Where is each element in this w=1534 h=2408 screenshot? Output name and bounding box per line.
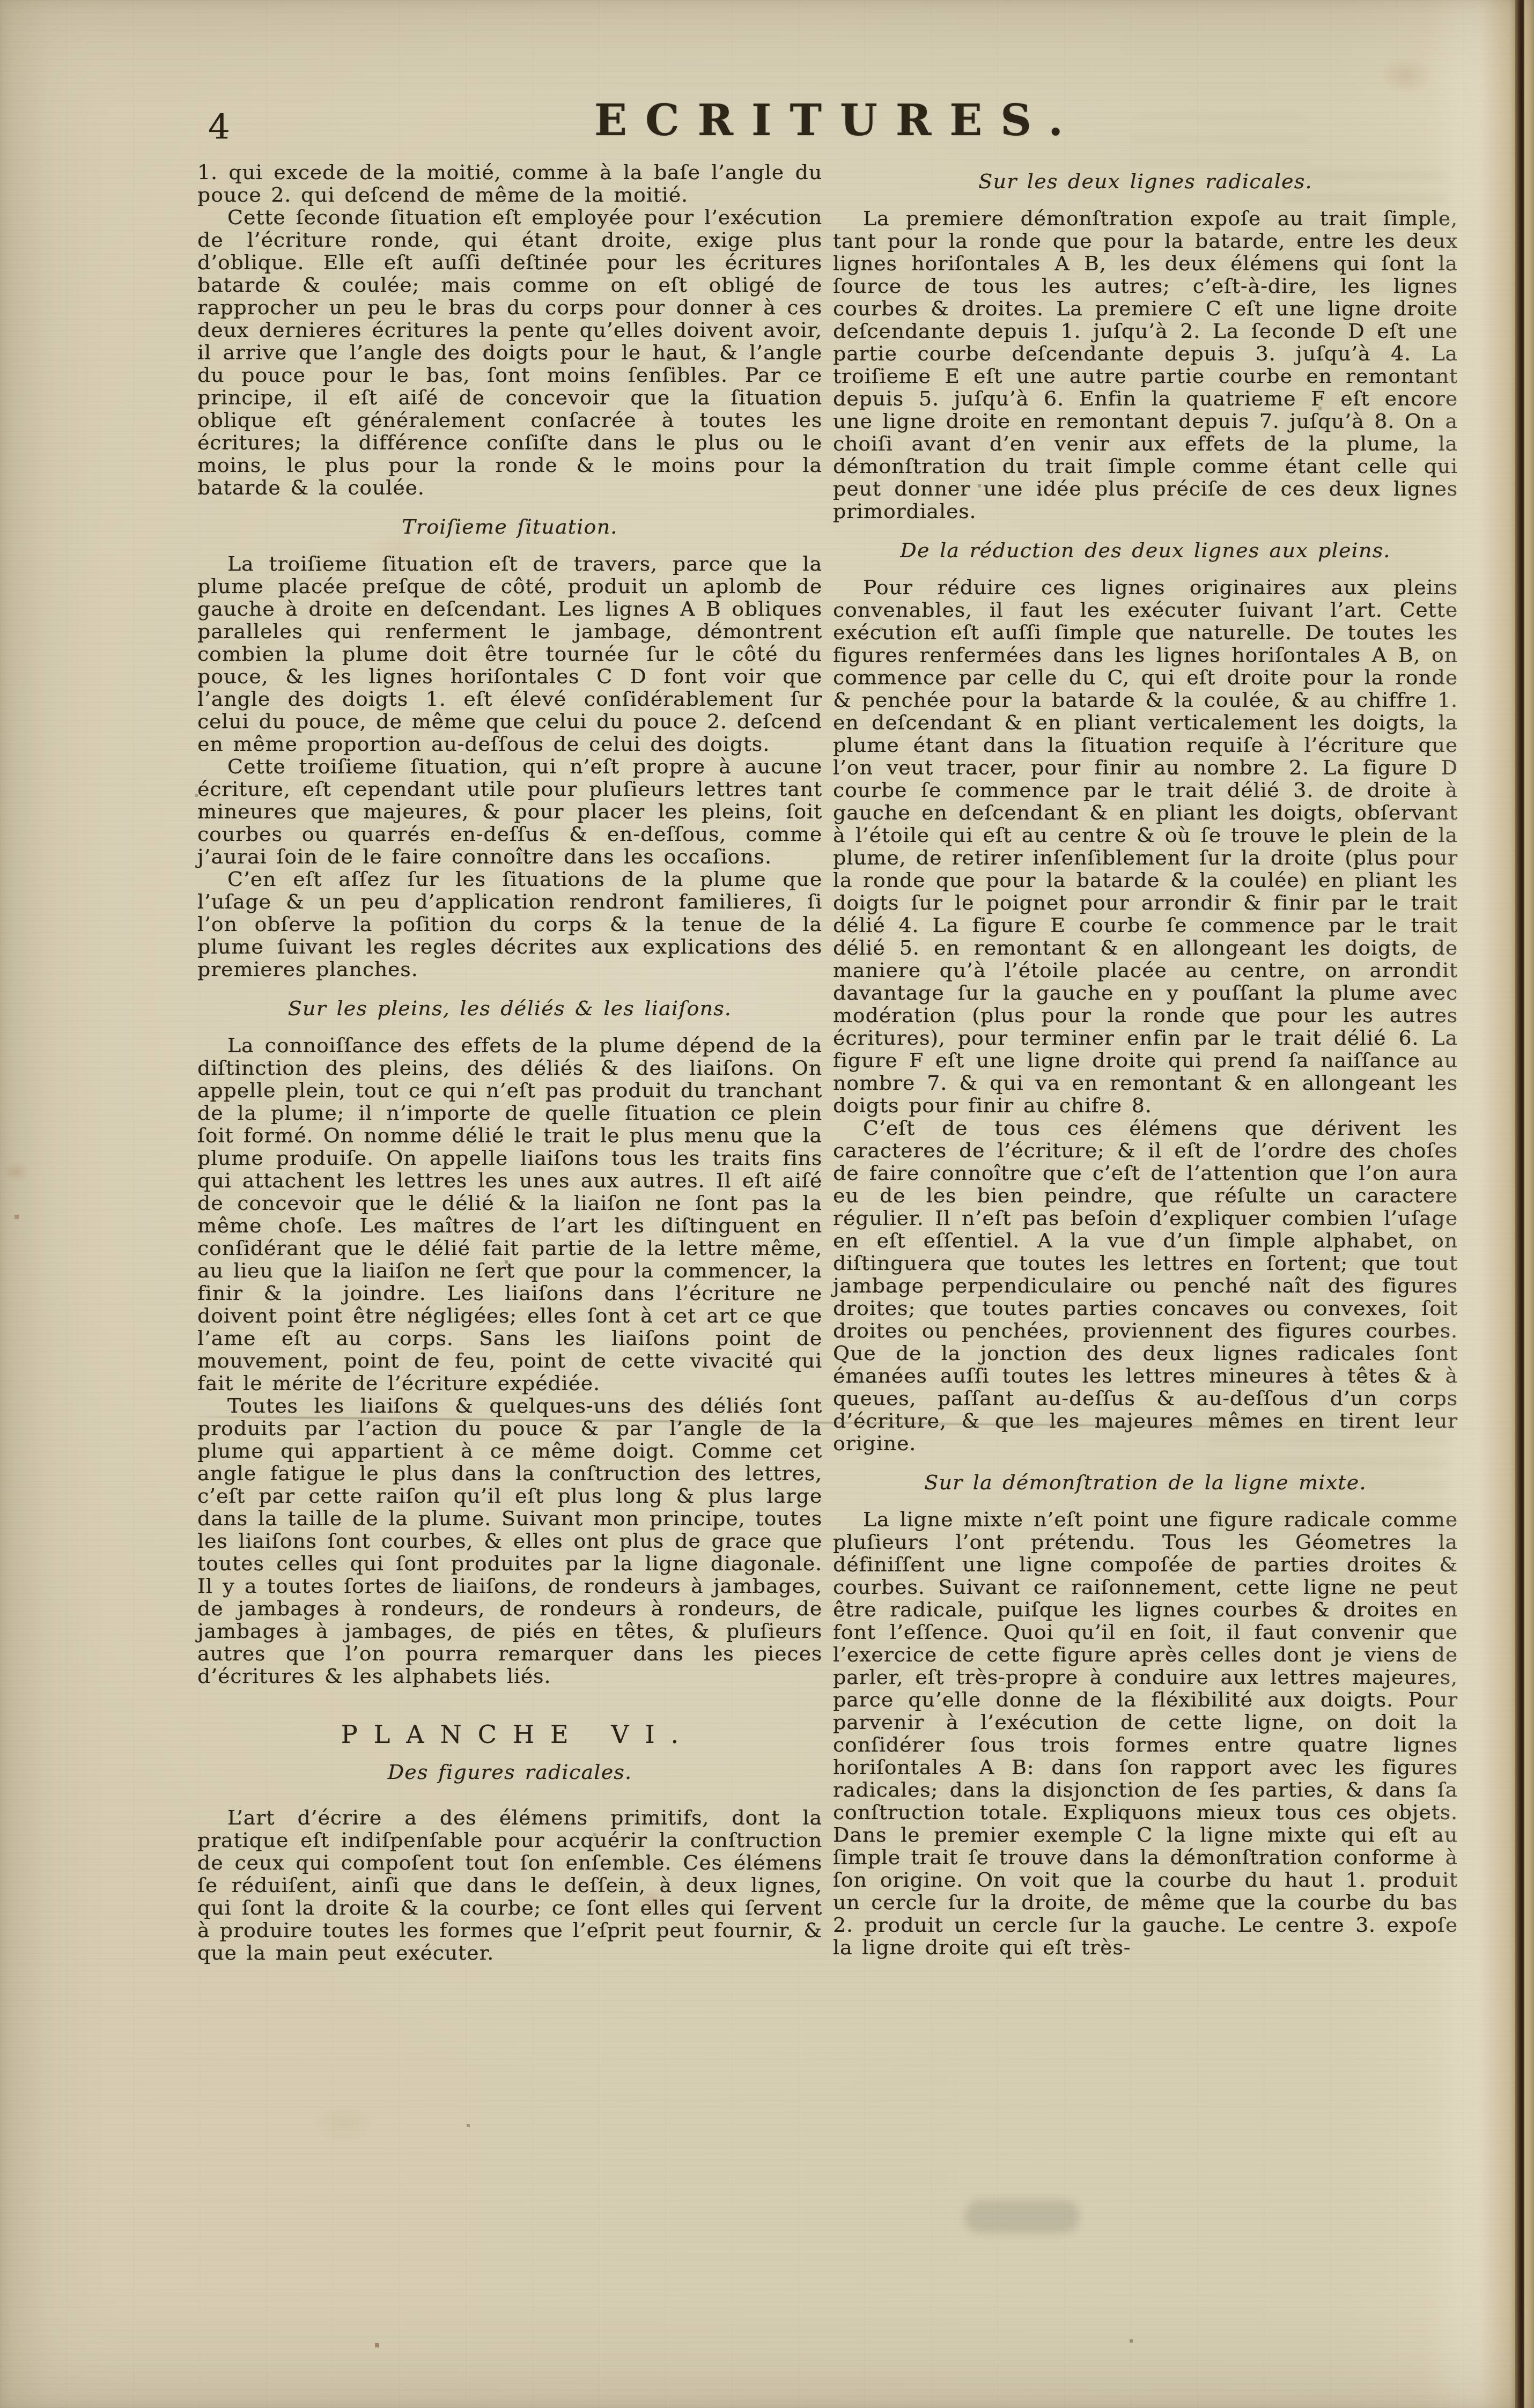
section-heading-italic: Sur les deux lignes radicales. xyxy=(833,169,1458,193)
section-heading-italic: Des figures radicales. xyxy=(197,1760,822,1784)
paragraph: Pour réduire ces lignes originaires aux … xyxy=(833,576,1458,1117)
paragraph: C’eſt de tous ces élémens que dérivent l… xyxy=(833,1117,1458,1454)
paragraph: La premiere démonſtration expoſe au trai… xyxy=(833,207,1458,522)
paragraph-continuation: 1. qui excede de la moitié, comme à la b… xyxy=(197,161,822,206)
paragraph: L’art d’écrire a des élémens primitifs, … xyxy=(197,1806,822,1964)
section-heading-italic: Sur les pleins, les déliés & les liaiſon… xyxy=(197,996,822,1020)
paragraph: C’en eſt aſſez ſur les ſituations de la … xyxy=(197,868,822,980)
bleedthrough-ghost xyxy=(964,2200,1080,2233)
section-heading-italic: Sur la démonſtration de la ligne mixte. xyxy=(833,1471,1458,1494)
column-left: 1. qui excede de la moitié, comme à la b… xyxy=(197,161,822,1964)
paragraph: Cette troiſieme ſituation, qui n’eſt pro… xyxy=(197,755,822,868)
paragraph: La connoiſſance des effets de la plume d… xyxy=(197,1034,822,1394)
plate-heading: PLANCHE VI. xyxy=(197,1720,822,1748)
paragraph: Cette ſeconde ſituation eſt employée pou… xyxy=(197,206,822,499)
book-page-scan: 4 ECRITURES. 1. qui excede de la moitié,… xyxy=(0,0,1534,2408)
ink-specks xyxy=(0,0,1,1)
section-heading-italic: De la réduction des deux lignes aux plei… xyxy=(833,538,1458,562)
page-header: 4 ECRITURES. xyxy=(198,97,1459,166)
running-title: ECRITURES. xyxy=(198,97,1459,144)
paragraph: La troiſieme ſituation eſt de travers, p… xyxy=(197,552,822,755)
paragraph: Toutes les liaiſons & quelques-uns des d… xyxy=(197,1394,822,1687)
paragraph: La ligne mixte n’eſt point une figure ra… xyxy=(833,1508,1458,1959)
column-right: Sur les deux lignes radicales. La premie… xyxy=(833,161,1458,1959)
next-page-edge xyxy=(1524,0,1534,2408)
page-edge-crease xyxy=(1515,0,1524,2408)
section-heading-italic: Troiſieme ſituation. xyxy=(197,515,822,538)
